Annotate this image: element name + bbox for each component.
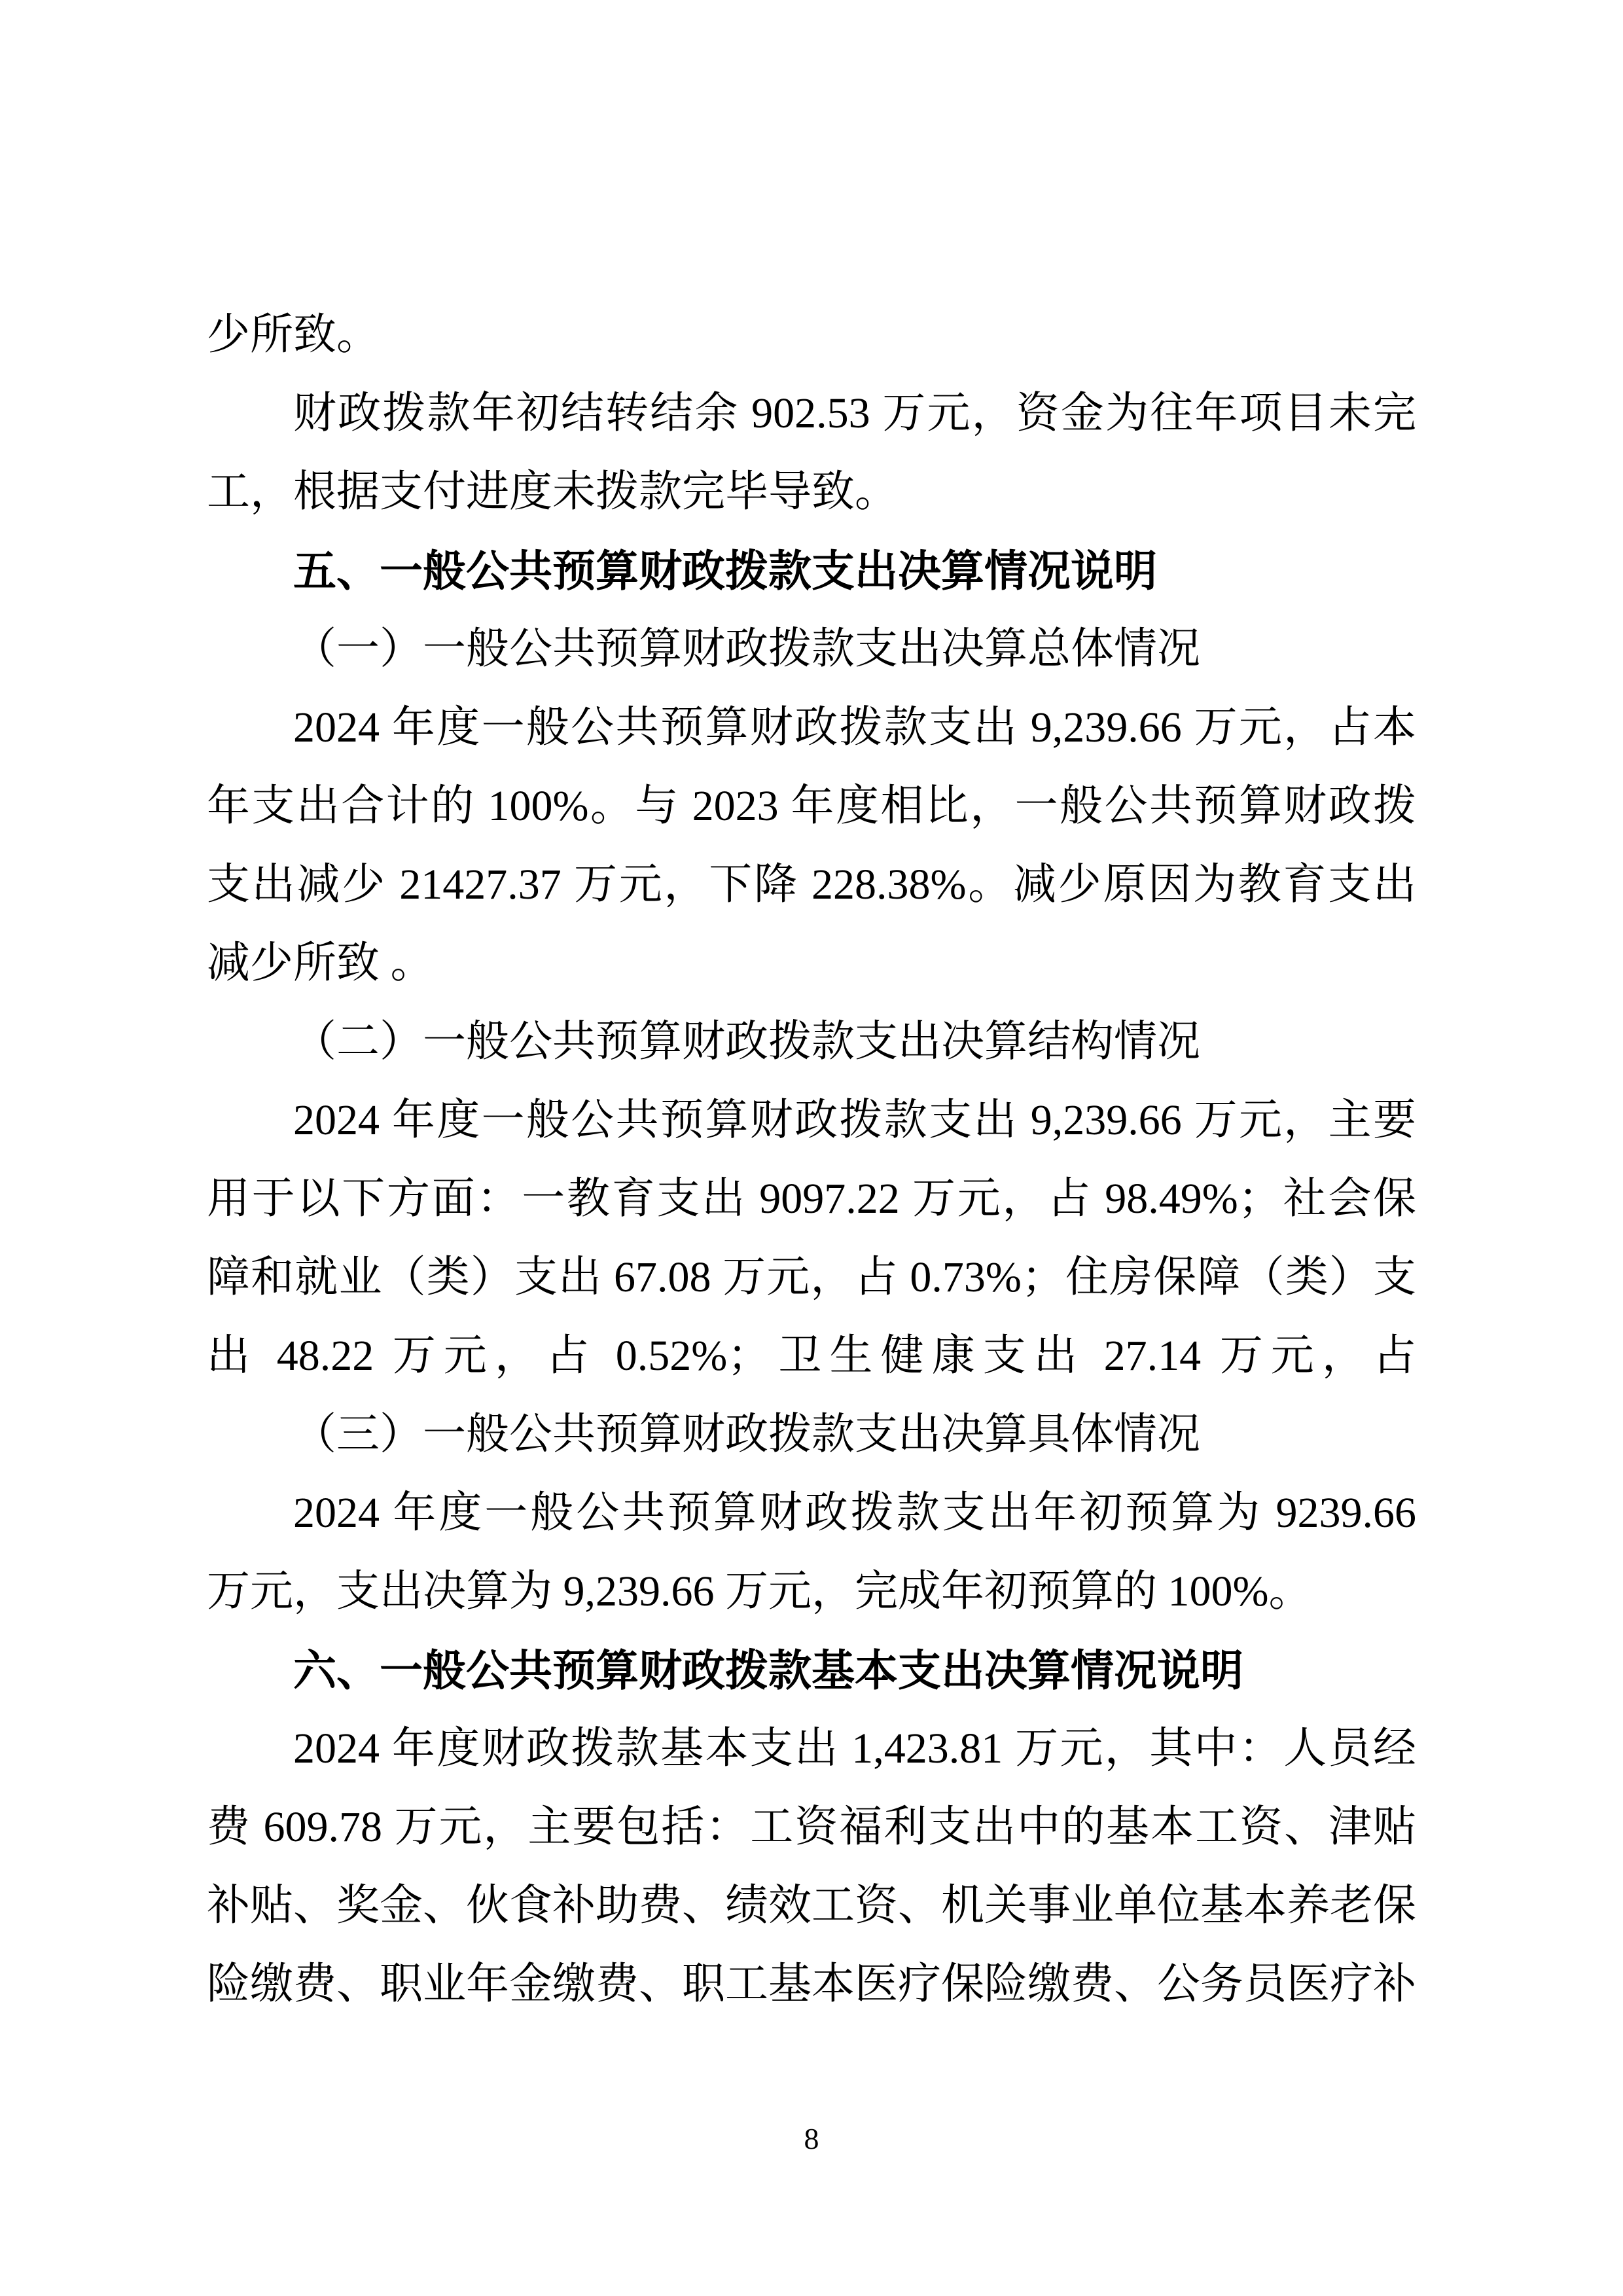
sub-heading: （一）一般公共预算财政拨款支出决算总体情况 xyxy=(207,610,1416,689)
body-text-line: 险缴费、职业年金缴费、职工基本医疗保险缴费、公务员医疗补 xyxy=(207,1945,1416,2024)
body-text-line: 2024 年度一般公共预算财政拨款支出 9,239.66 万元，主要 xyxy=(207,1081,1416,1160)
body-text-line: 少所致。 xyxy=(207,296,1416,374)
body-text-line: 用于以下方面：一教育支出 9097.22 万元，占 98.49%；社会保 xyxy=(207,1160,1416,1238)
body-text-line: 费 609.78 万元，主要包括：工资福利支出中的基本工资、津贴 xyxy=(207,1788,1416,1867)
body-text-line: 2024 年度财政拨款基本支出 1,423.81 万元，其中：人员经 xyxy=(207,1710,1416,1788)
body-text-line: 减少所致 。 xyxy=(207,924,1416,1003)
document-page: 少所致。财政拨款年初结转结余 902.53 万元，资金为往年项目未完工，根据支付… xyxy=(0,0,1623,2296)
body-text-line: 年支出合计的 100%。与 2023 年度相比，一般公共预算财政拨款 xyxy=(207,767,1416,846)
sub-heading: （二）一般公共预算财政拨款支出决算结构情况 xyxy=(207,1003,1416,1081)
body-text-line: 财政拨款年初结转结余 902.53 万元，资金为往年项目未完 xyxy=(207,374,1416,453)
body-text-line: 工，根据支付进度未拨款完毕导致。 xyxy=(207,453,1416,531)
body-text-line: 补贴、奖金、伙食补助费、绩效工资、机关事业单位基本养老保 xyxy=(207,1867,1416,1945)
page-footer: 8 xyxy=(0,2119,1623,2159)
body-text-line: 2024 年度一般公共预算财政拨款支出年初预算为 9239.66 xyxy=(207,1474,1416,1552)
body-text-line: 支出减少 21427.37 万元，下降 228.38%。减少原因为教育支出 xyxy=(207,846,1416,924)
body-text-line: 万元，支出决算为 9,239.66 万元，完成年初预算的 100%。 xyxy=(207,1552,1416,1631)
page-number: 8 xyxy=(804,2122,819,2155)
sub-heading: （三）一般公共预算财政拨款支出决算具体情况 xyxy=(207,1395,1416,1474)
body-text-line: 出 48.22 万元，占 0.52%；卫生健康支出 27.14 万元，占 0.2… xyxy=(207,1317,1416,1395)
body-text-line: 障和就业（类）支出 67.08 万元，占 0.73%；住房保障（类）支 xyxy=(207,1238,1416,1317)
document-content: 少所致。财政拨款年初结转结余 902.53 万元，资金为往年项目未完工，根据支付… xyxy=(207,296,1416,2024)
body-text-line: 2024 年度一般公共预算财政拨款支出 9,239.66 万元，占本 xyxy=(207,689,1416,767)
section-heading: 六、一般公共预算财政拨款基本支出决算情况说明 xyxy=(207,1631,1416,1710)
section-heading: 五、一般公共预算财政拨款支出决算情况说明 xyxy=(207,531,1416,610)
